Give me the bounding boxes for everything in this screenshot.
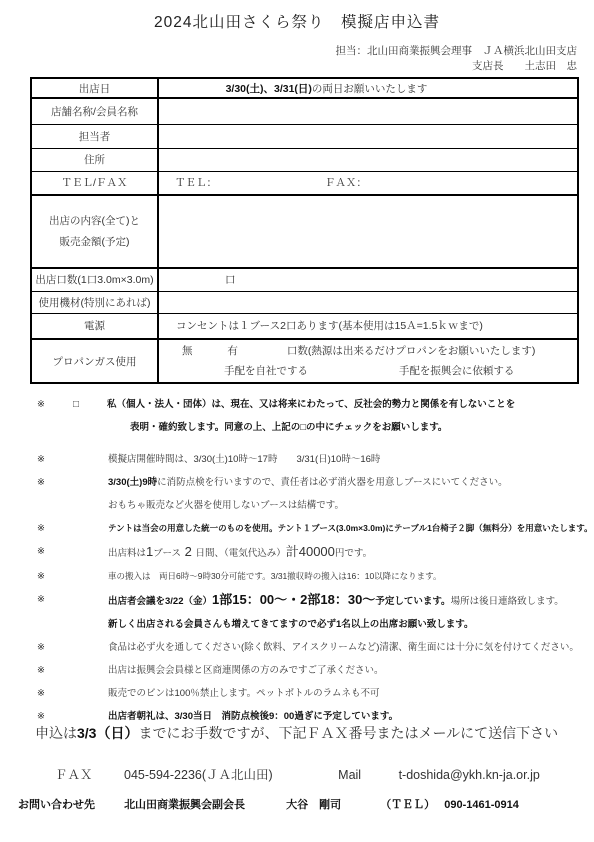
booth-count-unit: 口	[225, 274, 236, 286]
staff-contact-block: 担当：北山田商業振興会理事 ＪＡ横浜北山田支店 支店長 土志田 忠	[336, 44, 578, 74]
inquiry-tel-number: 090-1461-0914	[444, 799, 519, 811]
inquiry-name: 大谷 剛司	[286, 799, 341, 811]
note-text: 日間、（電気代込み）	[195, 548, 285, 559]
note-text: 車の搬入は 両日6時～9時30分可能です。3/31撤収時の搬入は16：10以降に…	[108, 571, 442, 581]
contents-label-line1: 出店の内容(全て)と	[34, 211, 155, 232]
note-3-line-1: ※3/30(土)9時に消防点検を行いますので、責任者は必ず消火器を用意しブースに…	[37, 471, 589, 494]
note-text: 1部15：00～・2部18：30～	[212, 592, 375, 607]
application-form-page: 2024北山田さくら祭り 模擬店申込書 担当：北山田商業振興会理事 ＪＡ横浜北山…	[0, 0, 594, 842]
note-text: 予定しています。	[375, 596, 450, 607]
note-2-line-1: ※模擬店開催時間は、3/30(土)10時～17時 3/31(日)10時～16時	[37, 448, 589, 471]
note-marker: ※	[37, 682, 45, 705]
checkbox-glyph[interactable]: □	[73, 393, 107, 416]
note-text: 3/30(土)9時	[108, 477, 157, 488]
note-1-line-1: ※□私（個人・法人・団体）は、現在、又は将来にわたって、反社会的勢力と関係を有し…	[37, 393, 589, 416]
inquiry-role: 北山田商業振興会副会長	[124, 799, 245, 811]
note-marker: ※	[37, 540, 45, 563]
note-marker: ※	[37, 565, 45, 588]
row-booth-count: 出店口数(1口3.0m×3.0m) 口	[31, 268, 578, 291]
person-field[interactable]	[158, 124, 578, 148]
note-marker: ※	[37, 659, 45, 682]
notes-list: ※□私（個人・法人・団体）は、現在、又は将来にわたって、反社会的勢力と関係を有し…	[37, 393, 589, 728]
booth-count-label: 出店口数(1口3.0m×3.0m)	[31, 268, 158, 291]
person-label: 担当者	[31, 124, 158, 148]
note-6-line-1: ※車の搬入は 両日6時～9時30分可能です。3/31撤収時の搬入は16：10以降…	[37, 565, 589, 588]
note-3-line-2: おもちゃ販売など火器を使用しないブースは結構です。	[37, 494, 589, 517]
contents-label: 出店の内容(全て)と 販売金額(予定)	[31, 195, 158, 268]
note-marker: ※	[37, 517, 45, 540]
staff-line-2: 支店長 土志田 忠	[336, 59, 578, 74]
note-marker: ※	[37, 393, 45, 416]
note-text: 模擬店開催時間は、3/30(土)10時～17時 3/31(日)10時～16時	[108, 454, 380, 465]
propane-arrange-assoc[interactable]: 手配を振興会に依頼する	[399, 365, 515, 377]
note-text: 円です。	[335, 548, 372, 559]
note-text: ブース	[153, 548, 181, 559]
note-text: 出店は振興会会員様と区商連関係の方のみですご了承ください。	[108, 665, 384, 676]
propane-label: プロパンガス使用	[31, 339, 158, 383]
inquiry-tel-label: （ＴＥＬ）	[380, 799, 435, 811]
note-7-line-1: ※出店者会議を3/22（金）1部15：00～・2部18：30～予定しています。場…	[37, 588, 589, 613]
exhibit-date-label: 出店日	[31, 78, 158, 98]
row-exhibit-date: 出店日 3/30(土)、3/31(日)の両日お願いいたします	[31, 78, 578, 98]
shop-name-label: 店舗名称/会員名称	[31, 98, 158, 124]
propane-option-none[interactable]: 無	[182, 345, 193, 357]
note-marker: ※	[37, 588, 45, 611]
note-text: 販売でのビンは100％禁止します。ペットボトルのラムネも不可	[108, 688, 380, 699]
note-10-line-1: ※販売でのビンは100％禁止します。ペットボトルのラムネも不可	[37, 682, 589, 705]
row-power: 電源 コンセントは１ブース2口あります(基本使用は15Ａ=1.5ｋｗまで)	[31, 313, 578, 339]
application-form-table: 出店日 3/30(土)、3/31(日)の両日お願いいたします 店舗名称/会員名称…	[30, 77, 579, 384]
page-title: 2024北山田さくら祭り 模擬店申込書	[0, 10, 594, 32]
note-text: 2	[181, 544, 195, 559]
contents-label-line2: 販売金額(予定)	[34, 232, 155, 253]
note-5-line-1: ※出店料は1ブース 2 日間、（電気代込み）計40000円です。	[37, 540, 589, 565]
mail-address: t-doshida@ykh.kn-ja.or.jp	[399, 768, 540, 782]
row-equipment: 使用機材(特別にあれば)	[31, 291, 578, 313]
row-tel-fax: ＴＥＬ/ＦＡＸ ＴＥＬ： ＦＡＸ：	[31, 171, 578, 195]
exhibit-date-note: の両日お願いいたします	[312, 83, 428, 95]
equipment-field[interactable]	[158, 291, 578, 313]
note-1-line-2: 表明・確約致します。同意の上、上記の□の中にチェックをお願いします。	[37, 416, 589, 439]
staff-line-1: 担当：北山田商業振興会理事 ＪＡ横浜北山田支店	[336, 44, 578, 59]
exhibit-date-dates: 3/30(土)、3/31(日)	[226, 83, 312, 95]
fax-contact-line: ＦＡＸ 045-594-2236(ＪＡ北山田) Mail t-doshida@y…	[55, 765, 540, 783]
note-text: テントは当会の用意した統一のものを使用。テント１ブース(3.0m×3.0m)にテ…	[108, 523, 593, 533]
address-label: 住所	[31, 148, 158, 171]
booth-count-field[interactable]: 口	[158, 268, 578, 291]
note-text: 計40000	[286, 544, 335, 559]
mail-label: Mail	[338, 768, 361, 782]
apply-prefix: 申込は	[35, 725, 77, 741]
shop-name-field[interactable]	[158, 98, 578, 124]
note-7-line-2: 新しく出店される会員さんも増えてきてますので必ず1名以上の出席お願い致します。	[37, 613, 589, 636]
note-text: 表明・確約致します。同意の上、上記の□の中にチェックをお願いします。	[130, 422, 447, 433]
propane-count-note: 口数(熱源は出来るだけプロパンをお願いいたします)	[287, 345, 536, 357]
note-text: おもちゃ販売など火器を使用しないブースは結構です。	[108, 500, 344, 511]
note-4-line-1: ※テントは当会の用意した統一のものを使用。テント１ブース(3.0m×3.0m)に…	[37, 517, 589, 540]
row-contents: 出店の内容(全て)と 販売金額(予定)	[31, 195, 578, 268]
contents-field[interactable]	[158, 195, 578, 268]
note-text: 出店者朝礼は、3/30当日 消防点検後9：00過ぎに予定しています。	[108, 711, 398, 722]
note-text: 出店者会議を3/22（金）	[108, 596, 212, 607]
note-text: 新しく出店される会員さんも増えてきてますので必ず1名以上の出席お願い致します。	[108, 619, 474, 630]
note-text: 食品は必ず火を通してください(除く飲料、アイスクリームなど)清潔、衛生面には十分…	[108, 642, 579, 653]
tel-fax-field[interactable]: ＴＥＬ： ＦＡＸ：	[158, 171, 578, 195]
apply-deadline: 3/3（日）	[77, 725, 138, 741]
apply-suffix: までにお手数ですが、下記ＦＡＸ番号またはメールにて送信下さい	[138, 725, 558, 741]
row-shop-name: 店舗名称/会員名称	[31, 98, 578, 124]
note-text: 私（個人・法人・団体）は、現在、又は将来にわたって、反社会的勢力と関係を有しない…	[107, 399, 515, 410]
row-propane: プロパンガス使用 無 有 口数(熱源は出来るだけプロパンをお願いいたします) 手…	[31, 339, 578, 383]
tel-fax-label: ＴＥＬ/ＦＡＸ	[31, 171, 158, 195]
note-8-line-1: ※食品は必ず火を通してください(除く飲料、アイスクリームなど)清潔、衛生面には十…	[37, 636, 589, 659]
propane-arrange-line: 手配を自社でする 手配を振興会に依頼する	[159, 361, 575, 381]
row-address: 住所	[31, 148, 578, 171]
note-text: 場所は後日連絡致します。	[451, 596, 564, 607]
propane-arrange-self[interactable]: 手配を自社でする	[224, 365, 308, 377]
note-text: に消防点検を行いますので、責任者は必ず消火器を用意しブースにいてください。	[157, 477, 508, 488]
propane-options-line: 無 有 口数(熱源は出来るだけプロパンをお願いいたします)	[159, 341, 575, 361]
fax-number: 045-594-2236(ＪＡ北山田)	[124, 768, 273, 782]
note-marker: ※	[37, 448, 45, 471]
inquiry-label: お問い合わせ先	[18, 799, 95, 811]
equipment-label: 使用機材(特別にあれば)	[31, 291, 158, 313]
apply-deadline-line: 申込は3/3（日）までにお手数ですが、下記ＦＡＸ番号またはメールにて送信下さい	[35, 723, 558, 743]
propane-option-have[interactable]: 有	[227, 345, 238, 357]
inquiry-contact-line: お問い合わせ先 北山田商業振興会副会長 大谷 剛司 （ＴＥＬ） 090-1461…	[18, 796, 519, 812]
note-text: 出店料は	[108, 548, 146, 559]
note-marker: ※	[37, 471, 45, 494]
power-label: 電源	[31, 313, 158, 339]
power-value: コンセントは１ブース2口あります(基本使用は15Ａ=1.5ｋｗまで)	[158, 313, 578, 339]
note-9-line-1: ※出店は振興会会員様と区商連関係の方のみですご了承ください。	[37, 659, 589, 682]
fax-label: ＦＡＸ：	[325, 177, 367, 189]
propane-field[interactable]: 無 有 口数(熱源は出来るだけプロパンをお願いいたします) 手配を自社でする 手…	[158, 339, 578, 383]
tel-label: ＴＥＬ：	[175, 177, 217, 189]
exhibit-date-value: 3/30(土)、3/31(日)の両日お願いいたします	[158, 78, 578, 98]
fax-label: ＦＡＸ	[55, 768, 93, 782]
note-marker: ※	[37, 636, 45, 659]
row-person-in-charge: 担当者	[31, 124, 578, 148]
address-field[interactable]	[158, 148, 578, 171]
